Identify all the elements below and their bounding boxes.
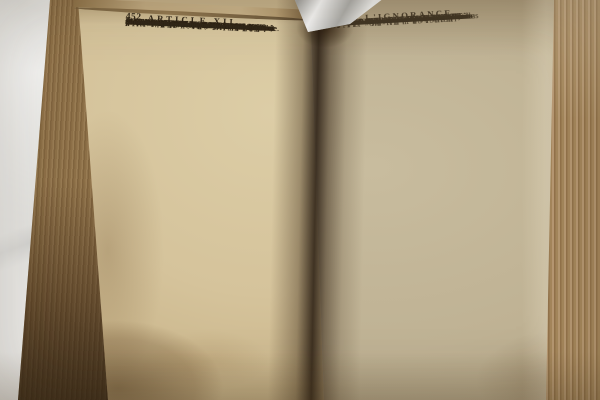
antique-book-photo: 452 ARTICLE XII. turelle que nous avons … bbox=[0, 0, 600, 400]
foxing-stain bbox=[150, 330, 270, 390]
gutter-shadow bbox=[268, 0, 369, 400]
